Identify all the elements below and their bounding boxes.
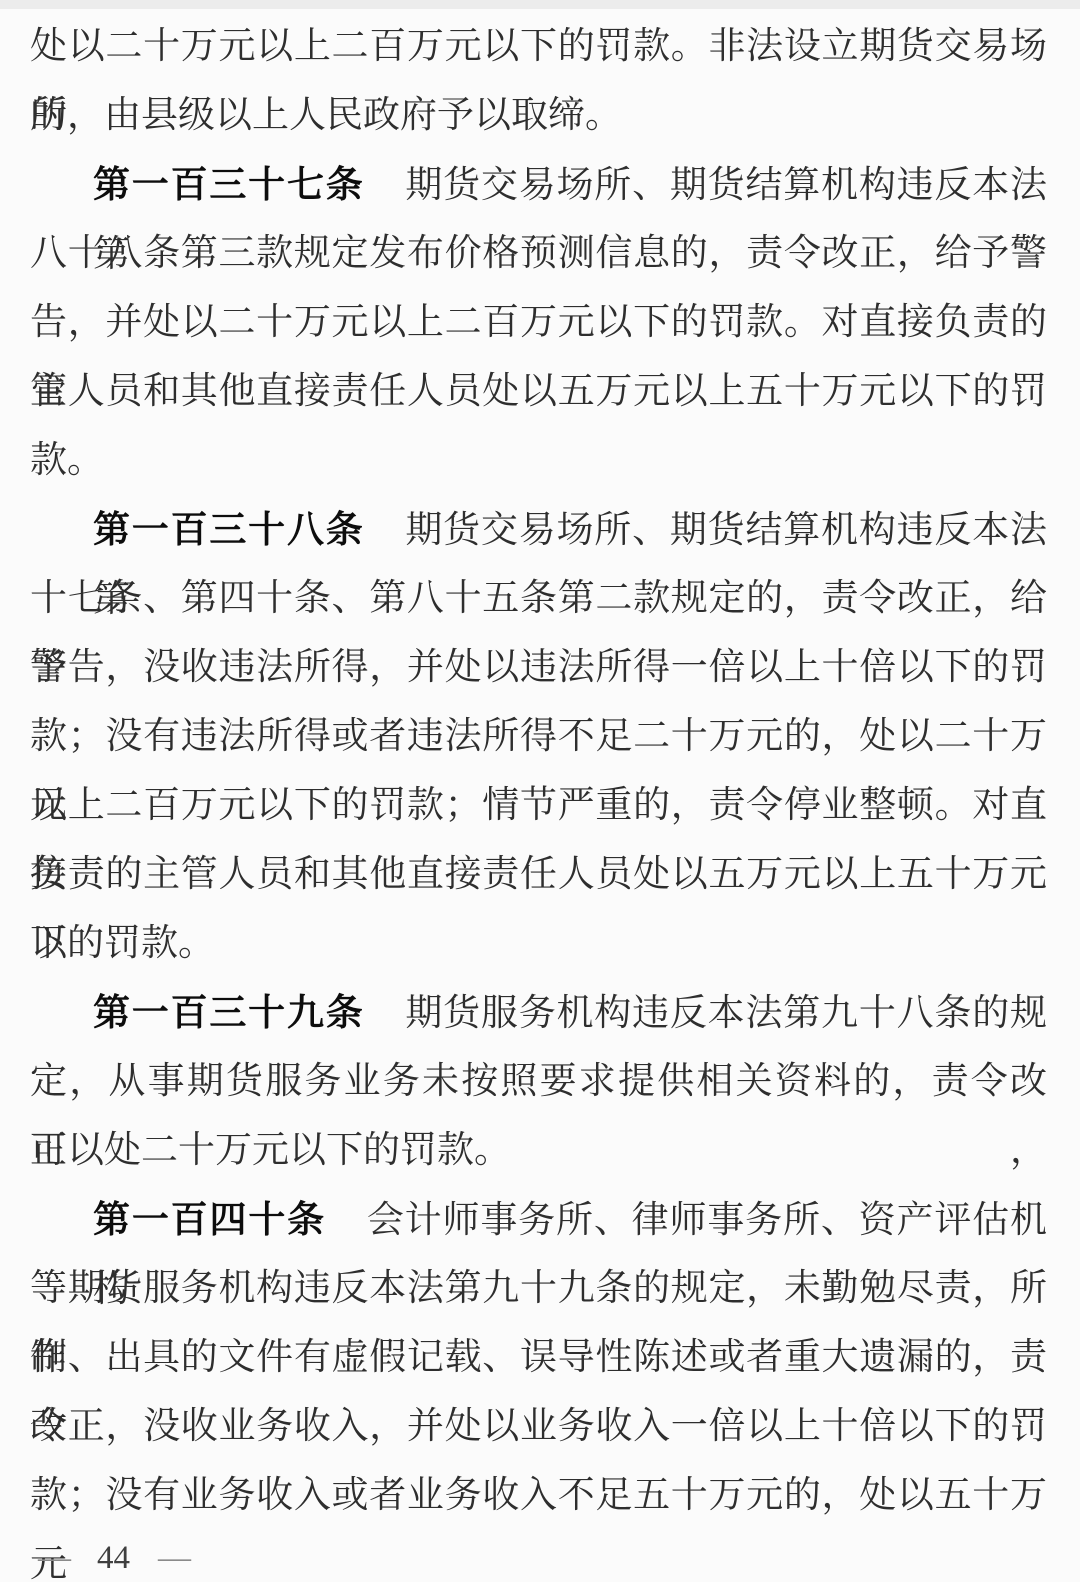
paragraph: 处以二十万元以上二百万元以下的罚款。非法设立期货交易场所的，由县级以上人民政府予… [30,12,1047,150]
text-line: 以上二百万元以下的罚款；情节严重的，责令停业整顿。对直接 [30,771,1047,840]
text-line: 作、出具的文件有虚假记载、误导性陈述或者重大遗漏的，责令 [30,1323,1047,1392]
article-number: 第一百三十七条 [93,164,365,205]
paragraph: 第一百三十七条期货交易场所、期货结算机构违反本法第八十八条第三款规定发布价格预测… [30,150,1047,495]
text-line: 款。 [30,426,1047,495]
footer-dash-right: — [158,1540,189,1577]
text-line: 定，从事期货服务业务未按照要求提供相关资料的，责令改正， [30,1047,1047,1116]
document-page: 处以二十万元以上二百万元以下的罚款。非法设立期货交易场所的，由县级以上人民政府予… [0,0,1080,1582]
text-line: 第一百四十条会计师事务所、律师事务所、资产评估机构 [30,1185,1047,1254]
text-line: 八十八条第三款规定发布价格预测信息的，责令改正，给予警 [30,219,1047,288]
text-line: 的，由县级以上人民政府予以取缔。 [30,81,1047,150]
paragraph: 第一百三十九条期货服务机构违反本法第九十八条的规定，从事期货服务业务未按照要求提… [30,978,1047,1185]
text-line: 负责的主管人员和其他直接责任人员处以五万元以上五十万元以 [30,840,1047,909]
article-number: 第一百三十八条 [93,509,365,550]
text-line: 款；没有违法所得或者违法所得不足二十万元的，处以二十万元 [30,702,1047,771]
article-number: 第一百四十条 [93,1199,326,1240]
text-block: 处以二十万元以上二百万元以下的罚款。非法设立期货交易场所的，由县级以上人民政府予… [30,12,1047,1530]
page-footer: — 44 — [38,1537,189,1579]
article-number: 第一百三十九条 [93,992,365,1033]
text-line: 处以二十万元以上二百万元以下的罚款。非法设立期货交易场所 [30,12,1047,81]
paragraph: 第一百三十八条期货交易场所、期货结算机构违反本法第十七条、第四十条、第八十五条第… [30,495,1047,978]
text-line: 管人员和其他直接责任人员处以五万元以上五十万元以下的罚 [30,357,1047,426]
text-line: 改正，没收业务收入，并处以业务收入一倍以上十倍以下的罚 [30,1392,1047,1461]
text-line: 警告，没收违法所得，并处以违法所得一倍以上十倍以下的罚 [30,633,1047,702]
text-line: 第一百三十七条期货交易场所、期货结算机构违反本法第 [30,150,1047,219]
text-line: 第一百三十九条期货服务机构违反本法第九十八条的规 [30,978,1047,1047]
text-line: 等期货服务机构违反本法第九十九条的规定，未勤勉尽责，所制 [30,1254,1047,1323]
text-line: 告，并处以二十万元以上二百万元以下的罚款。对直接负责的主 [30,288,1047,357]
paragraph: 第一百四十条会计师事务所、律师事务所、资产评估机构等期货服务机构违反本法第九十九… [30,1185,1047,1530]
scan-edge-strip [0,0,1080,9]
text-line: 款；没有业务收入或者业务收入不足五十万元的，处以五十万元 [30,1461,1047,1530]
text-line: 下的罚款。 [30,909,1047,978]
page-number: 44 [97,1540,130,1577]
footer-dash-left: — [38,1540,69,1577]
text-line: 第一百三十八条期货交易场所、期货结算机构违反本法第 [30,495,1047,564]
text-line: 十七条、第四十条、第八十五条第二款规定的，责令改正，给予 [30,564,1047,633]
